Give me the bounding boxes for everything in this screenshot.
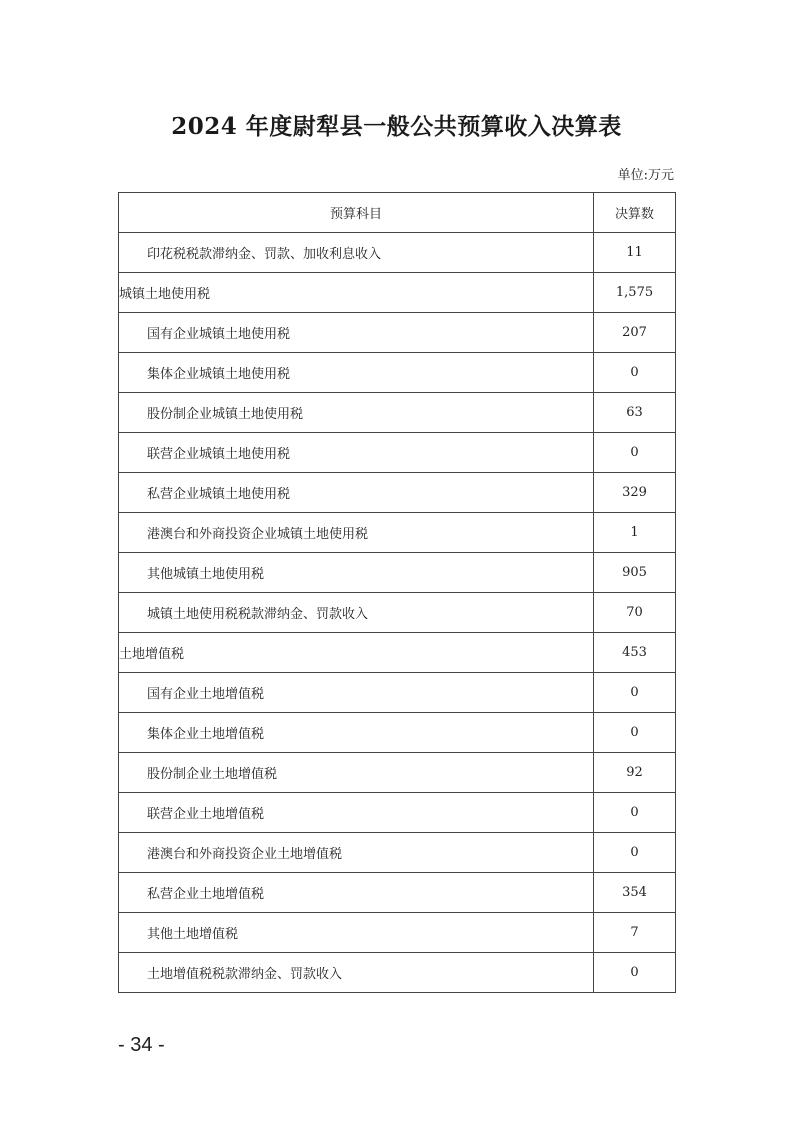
row-subject: 土地增值税税款滞纳金、罚款收入 xyxy=(119,953,594,993)
row-amount: 70 xyxy=(594,593,676,633)
page-number: - 34 - xyxy=(118,1034,165,1057)
row-amount: 453 xyxy=(594,633,676,673)
table-row: 城镇土地使用税税款滞纳金、罚款收入70 xyxy=(119,593,676,633)
table-row: 港澳台和外商投资企业土地增值税0 xyxy=(119,833,676,873)
table-row: 城镇土地使用税1,575 xyxy=(119,273,676,313)
header-subject: 预算科目 xyxy=(119,193,594,233)
row-amount: 1 xyxy=(594,513,676,553)
table-row: 股份制企业土地增值税92 xyxy=(119,753,676,793)
row-subject: 港澳台和外商投资企业城镇土地使用税 xyxy=(119,513,594,553)
page-title: 2024 年度尉犁县一般公共预算收入决算表 xyxy=(0,108,793,141)
row-subject: 港澳台和外商投资企业土地增值税 xyxy=(119,833,594,873)
row-subject: 国有企业城镇土地使用税 xyxy=(119,313,594,353)
row-amount: 0 xyxy=(594,353,676,393)
row-amount: 0 xyxy=(594,793,676,833)
row-amount: 207 xyxy=(594,313,676,353)
row-subject: 集体企业城镇土地使用税 xyxy=(119,353,594,393)
row-amount: 1,575 xyxy=(594,273,676,313)
table-row: 集体企业城镇土地使用税0 xyxy=(119,353,676,393)
table-header-row: 预算科目 决算数 xyxy=(119,193,676,233)
row-subject: 股份制企业土地增值税 xyxy=(119,753,594,793)
row-amount: 7 xyxy=(594,913,676,953)
table-row: 集体企业土地增值税0 xyxy=(119,713,676,753)
row-amount: 0 xyxy=(594,433,676,473)
row-subject: 私营企业城镇土地使用税 xyxy=(119,473,594,513)
table-row: 私营企业城镇土地使用税329 xyxy=(119,473,676,513)
row-subject: 国有企业土地增值税 xyxy=(119,673,594,713)
row-subject: 其他土地增值税 xyxy=(119,913,594,953)
row-subject: 联营企业土地增值税 xyxy=(119,793,594,833)
row-amount: 0 xyxy=(594,833,676,873)
row-amount: 0 xyxy=(594,953,676,993)
table-row: 印花税税款滞纳金、罚款、加收利息收入11 xyxy=(119,233,676,273)
table-row: 其他城镇土地使用税905 xyxy=(119,553,676,593)
table-row: 土地增值税453 xyxy=(119,633,676,673)
budget-revenue-table: 预算科目 决算数 印花税税款滞纳金、罚款、加收利息收入11 城镇土地使用税1,5… xyxy=(118,192,676,993)
table-row: 国有企业土地增值税0 xyxy=(119,673,676,713)
row-amount: 0 xyxy=(594,673,676,713)
row-amount: 0 xyxy=(594,713,676,753)
row-subject: 城镇土地使用税税款滞纳金、罚款收入 xyxy=(119,593,594,633)
table-row: 国有企业城镇土地使用税207 xyxy=(119,313,676,353)
row-subject: 联营企业城镇土地使用税 xyxy=(119,433,594,473)
table-row: 土地增值税税款滞纳金、罚款收入0 xyxy=(119,953,676,993)
row-subject: 私营企业土地增值税 xyxy=(119,873,594,913)
table-row: 港澳台和外商投资企业城镇土地使用税1 xyxy=(119,513,676,553)
row-subject: 股份制企业城镇土地使用税 xyxy=(119,393,594,433)
row-amount: 905 xyxy=(594,553,676,593)
header-amount: 决算数 xyxy=(594,193,676,233)
row-amount: 92 xyxy=(594,753,676,793)
table-row: 股份制企业城镇土地使用税63 xyxy=(119,393,676,433)
row-amount: 63 xyxy=(594,393,676,433)
row-subject: 集体企业土地增值税 xyxy=(119,713,594,753)
table-row: 联营企业土地增值税0 xyxy=(119,793,676,833)
table-row: 联营企业城镇土地使用税0 xyxy=(119,433,676,473)
table-row: 私营企业土地增值税354 xyxy=(119,873,676,913)
row-subject: 其他城镇土地使用税 xyxy=(119,553,594,593)
unit-label: 单位:万元 xyxy=(618,164,674,183)
row-amount: 329 xyxy=(594,473,676,513)
row-amount: 11 xyxy=(594,233,676,273)
row-subject: 城镇土地使用税 xyxy=(119,273,594,313)
row-subject: 印花税税款滞纳金、罚款、加收利息收入 xyxy=(119,233,594,273)
row-subject: 土地增值税 xyxy=(119,633,594,673)
row-amount: 354 xyxy=(594,873,676,913)
table-row: 其他土地增值税7 xyxy=(119,913,676,953)
